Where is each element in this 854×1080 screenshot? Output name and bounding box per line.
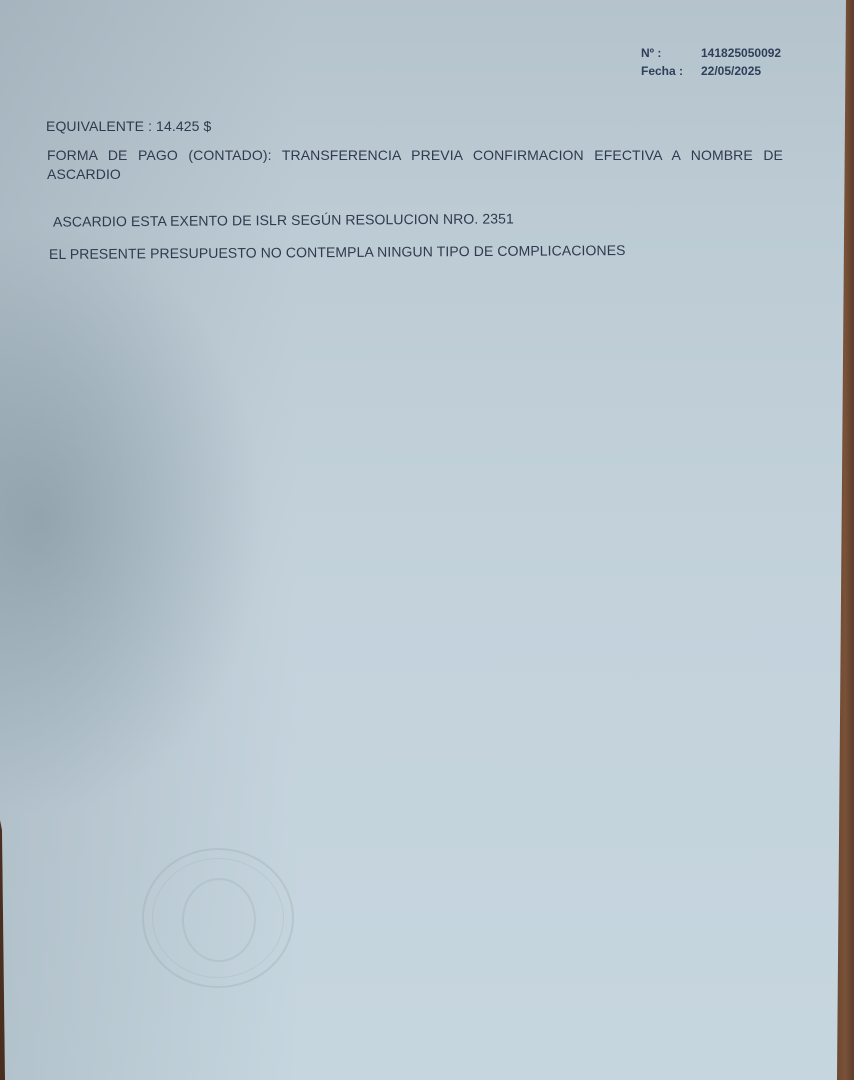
tax-exemption-note: ASCARDIO ESTA EXENTO DE ISLR SEGÚN RESOL… [53,210,514,229]
equivalent-amount: EQUIVALENTE : 14.425 $ [46,118,211,134]
document-number-label: Nº : [641,44,701,62]
document-number-row: Nº : 141825050092 [641,44,781,62]
document-date-row: Fecha : 22/05/2025 [641,62,781,80]
document-number-value: 141825050092 [701,44,781,62]
document-page: Nº : 141825050092 Fecha : 22/05/2025 EQU… [0,0,854,1080]
document-date-label: Fecha : [641,62,701,80]
official-seal-icon [142,848,294,988]
budget-disclaimer: EL PRESENTE PRESUPUESTO NO CONTEMPLA NIN… [49,242,626,262]
seal-emblem [182,878,256,962]
payment-method: FORMA DE PAGO (CONTADO): TRANSFERENCIA P… [47,146,783,184]
document-header: Nº : 141825050092 Fecha : 22/05/2025 [641,44,781,80]
document-date-value: 22/05/2025 [701,62,761,80]
